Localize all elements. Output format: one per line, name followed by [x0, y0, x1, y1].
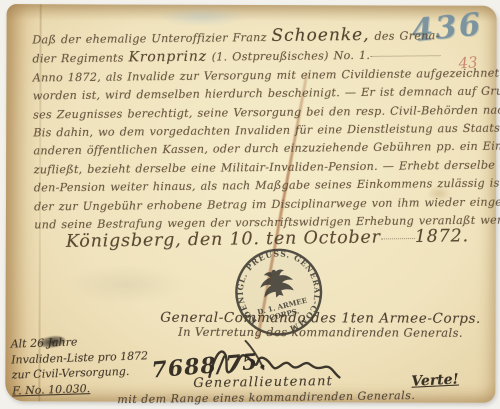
document-body: Daß der ehemalige Unteroffizier Franz Sc… — [32, 25, 492, 235]
regiment-name: Kronprinz — [128, 49, 206, 66]
body-line-1-end: des Grena- — [370, 29, 440, 43]
date-day: 10. — [229, 229, 260, 249]
scanned-document-photo: 436 43 Daß der ehemalige Unteroffizier F… — [0, 0, 500, 409]
body-line-2-end: (1. Ostpreußisches) No. 1. — [207, 49, 370, 64]
date-place: Königsberg, den — [66, 230, 230, 252]
margin-notes: Alt 26 Jahre Invaliden-Liste pro 1872 zu… — [10, 332, 149, 398]
document-paper: 436 43 Daß der ehemalige Unteroffizier F… — [5, 4, 496, 403]
body-line-1-text: Daß der ehemalige Unteroffizier Franz — [32, 31, 271, 47]
rank-line: Generallieutenant — [193, 374, 333, 391]
date-dotted-filler — [381, 238, 415, 239]
paper-smudge — [157, 7, 247, 27]
paper-bleedthrough — [66, 264, 186, 304]
range-line: mit dem Range eines kommandirenden Gener… — [117, 389, 415, 406]
body-line-2-text: dier Regiments — [32, 52, 128, 66]
dotted-filler — [370, 56, 440, 58]
soldier-name: Schoenke, — [271, 25, 369, 46]
date-year: 1872. — [415, 226, 469, 247]
verte-note: Verte! — [411, 371, 459, 389]
